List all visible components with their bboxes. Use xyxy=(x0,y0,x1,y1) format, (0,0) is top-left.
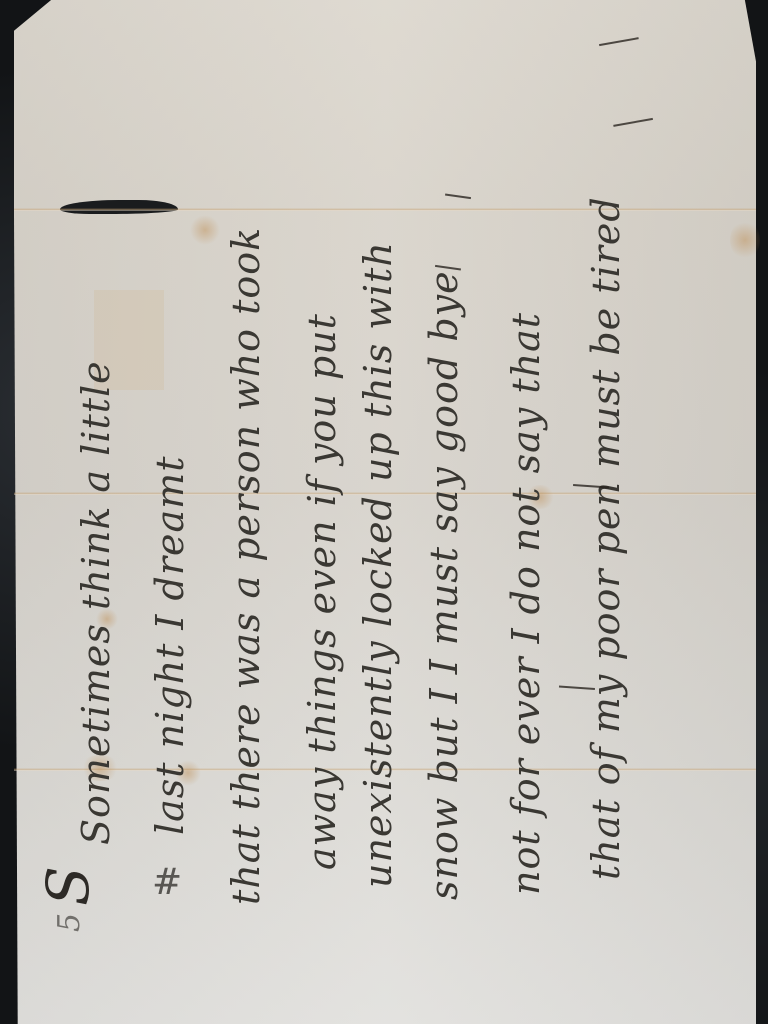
flourish-s-mark: S xyxy=(34,866,102,906)
letter-line-6: snow but I I must say good bye xyxy=(422,270,466,900)
page-number-mark: 5 xyxy=(52,913,87,932)
age-stain xyxy=(190,215,220,245)
letter-line-7: not for ever I do not say that xyxy=(504,312,548,895)
letter-line-2: last night I dreamt xyxy=(148,456,192,835)
age-stain xyxy=(730,220,760,260)
letter-line-5: unexistently locked up this with xyxy=(356,241,400,888)
letter-line-4: away things even if you put xyxy=(300,313,344,870)
letter-line-1: Sometimes think a little xyxy=(74,360,118,845)
fold-crease-upper xyxy=(14,208,756,211)
crossed-out-mark: # xyxy=(152,862,182,903)
paper-tear xyxy=(60,200,178,214)
letter-line-3: that there was a person who took xyxy=(224,227,268,905)
